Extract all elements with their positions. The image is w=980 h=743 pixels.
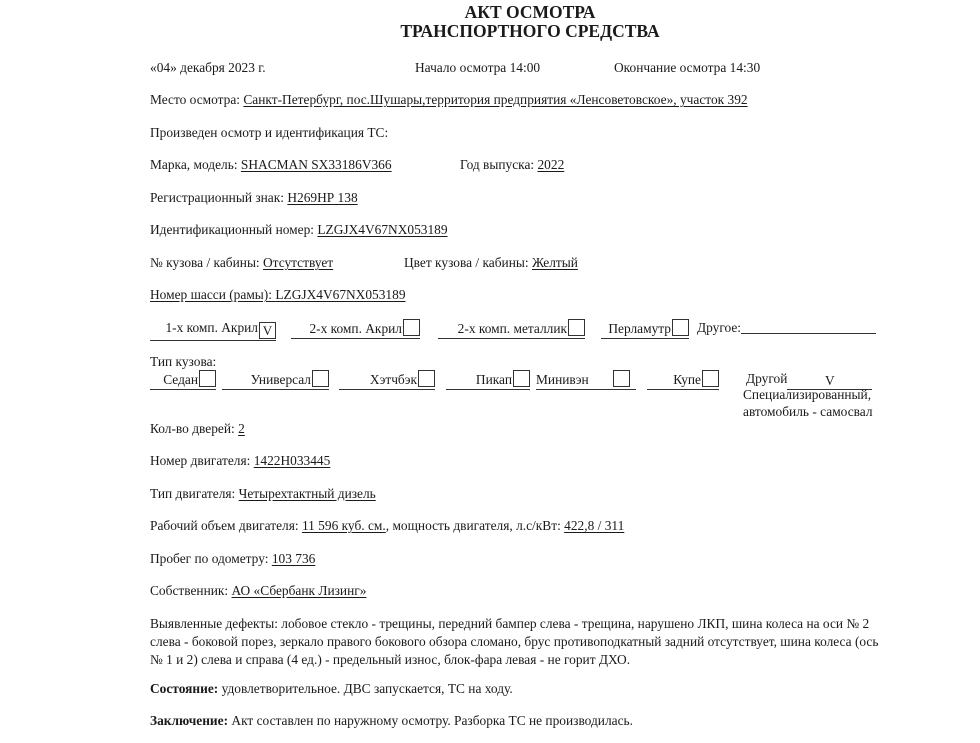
- body-type-wagon: Универсал: [222, 370, 329, 390]
- body-type-option-label: Минивэн: [536, 371, 612, 388]
- make-model: Марка, модель: SHACMAN SX33186V366: [150, 157, 392, 173]
- end-time: 14:30: [730, 60, 761, 75]
- vin-value: LZGJX4V67NX053189: [317, 222, 447, 237]
- engine-volume-power: Рабочий объем двигателя: 11 596 куб. см.…: [150, 518, 624, 534]
- chassis-value: LZGJX4V67NX053189: [275, 287, 405, 302]
- body-number: № кузова / кабины: Отсутствует: [150, 255, 333, 271]
- body-type-option-label: Пикап: [476, 371, 512, 388]
- inspection-place: Место осмотра: Санкт-Петербург, пос.Шуша…: [150, 92, 748, 108]
- engine-power-value: 422,8 / 311: [564, 518, 624, 533]
- doors-label: Кол-во дверей:: [150, 421, 235, 436]
- owner-label: Собственник:: [150, 583, 228, 598]
- make-model-value: SHACMAN SX33186V366: [241, 157, 392, 172]
- engine-type: Тип двигателя: Четырехтактный дизель: [150, 486, 376, 502]
- conclusion-text: Акт составлен по наружному осмотру. Разб…: [231, 713, 633, 728]
- year: Год выпуска: 2022: [460, 157, 564, 173]
- body-color-label: Цвет кузова / кабины:: [404, 255, 529, 270]
- body-type-checkbox[interactable]: [613, 370, 630, 387]
- paint-other-field[interactable]: [741, 333, 876, 334]
- mileage-label: Пробег по одометру:: [150, 551, 268, 566]
- end-label: Окончание осмотра: [614, 60, 726, 75]
- paint-option-label: Перламутр: [608, 320, 671, 337]
- start-label: Начало осмотра: [415, 60, 506, 75]
- body-type-other-label: Другой: [746, 371, 787, 386]
- body-type-other-value-line1: Специализированный,: [743, 387, 871, 403]
- body-type-option-label: Хэтчбэк: [370, 371, 417, 388]
- condition-label: Состояние:: [150, 681, 218, 696]
- engine-number-label: Номер двигателя:: [150, 453, 250, 468]
- body-type-option-label: Купе: [673, 371, 701, 388]
- inspection-start: Начало осмотра 14:00: [415, 60, 540, 76]
- body-type-checkbox[interactable]: [513, 370, 530, 387]
- inspection-end: Окончание осмотра 14:30: [614, 60, 760, 76]
- paint-option-acryl-1: 1-х комп. АкрилV: [150, 319, 276, 341]
- make-model-label: Марка, модель:: [150, 157, 238, 172]
- body-type-label: Тип кузова:: [150, 354, 216, 370]
- body-type-option-label: Универсал: [251, 371, 311, 388]
- body-type-pickup: Пикап: [446, 370, 530, 390]
- body-type-hatchback: Хэтчбэк: [339, 370, 435, 390]
- reg-plate: Регистрационный знак: Н269НР 138: [150, 190, 358, 206]
- engine-number-value: 1422H033445: [254, 453, 331, 468]
- paint-other-label: Другое:: [697, 320, 741, 335]
- body-type-checkbox[interactable]: [312, 370, 329, 387]
- chassis-label: Номер шасси (рамы):: [150, 287, 272, 302]
- mileage-value: 103 736: [272, 551, 316, 566]
- paint-option-acryl-2: 2-х комп. Акрил: [291, 319, 420, 339]
- engine-power-label: мощность двигателя, л.с/кВт:: [392, 518, 560, 533]
- defects: Выявленные дефекты: лобовое стекло - тре…: [150, 615, 885, 669]
- paint-checkbox[interactable]: [403, 319, 420, 336]
- body-number-label: № кузова / кабины:: [150, 255, 260, 270]
- year-label: Год выпуска:: [460, 157, 534, 172]
- engine-number: Номер двигателя: 1422H033445: [150, 453, 330, 469]
- body-type-checkbox[interactable]: [702, 370, 719, 387]
- document-title-line1: АКТ ОСМОТРА: [0, 2, 980, 22]
- engine-volume-value: 11 596 куб. см.: [302, 518, 386, 533]
- year-value: 2022: [537, 157, 564, 172]
- vin-label: Идентификационный номер:: [150, 222, 314, 237]
- body-number-value: Отсутствует: [263, 255, 333, 270]
- paint-option-metallic-2: 2-х комп. металлик: [438, 319, 585, 339]
- paint-checkbox[interactable]: V: [259, 322, 276, 339]
- paint-checkbox[interactable]: [672, 319, 689, 336]
- start-time: 14:00: [510, 60, 541, 75]
- body-color: Цвет кузова / кабины: Желтый: [404, 255, 578, 271]
- body-color-value: Желтый: [532, 255, 578, 270]
- intro-text: Произведен осмотр и идентификация ТС:: [150, 125, 388, 141]
- owner: Собственник: АО «Сбербанк Лизинг»: [150, 583, 366, 599]
- paint-option-label: 1-х комп. Акрил: [165, 319, 258, 336]
- owner-value: АО «Сбербанк Лизинг»: [232, 583, 367, 598]
- condition: Состояние: удовлетворительное. ДВС запус…: [150, 681, 513, 697]
- paint-option-label: 2-х комп. металлик: [458, 320, 567, 337]
- conclusion: Заключение: Акт составлен по наружному о…: [150, 713, 633, 729]
- paint-option-pearl: Перламутр: [601, 319, 689, 339]
- doors: Кол-во дверей: 2: [150, 421, 245, 437]
- body-type-option-label: Седан: [163, 371, 198, 388]
- paint-option-label: 2-х комп. Акрил: [309, 320, 402, 337]
- vin: Идентификационный номер: LZGJX4V67NX0531…: [150, 222, 448, 238]
- condition-text: удовлетворительное. ДВС запускается, ТС …: [222, 681, 513, 696]
- body-type-checkbox[interactable]: [418, 370, 435, 387]
- paint-other: Другое:: [697, 320, 876, 336]
- body-type-checkbox[interactable]: [199, 370, 216, 387]
- doors-value: 2: [238, 421, 245, 436]
- engine-type-value: Четырехтактный дизель: [239, 486, 376, 501]
- defects-label: Выявленные дефекты:: [150, 616, 278, 631]
- body-type-minivan: Минивэн: [536, 370, 636, 390]
- paint-checkbox[interactable]: [568, 319, 585, 336]
- chassis: Номер шасси (рамы): LZGJX4V67NX053189: [150, 287, 406, 303]
- place-value: Санкт-Петербург, пос.Шушары,территория п…: [243, 92, 747, 107]
- reg-plate-label: Регистрационный знак:: [150, 190, 284, 205]
- reg-plate-value: Н269НР 138: [287, 190, 357, 205]
- body-type-coupe: Купе: [647, 370, 719, 390]
- mileage: Пробег по одометру: 103 736: [150, 551, 315, 567]
- body-type-sedan: Седан: [150, 370, 216, 390]
- engine-type-label: Тип двигателя:: [150, 486, 235, 501]
- document-title-line2: ТРАНСПОРТНОГО СРЕДСТВА: [0, 21, 980, 41]
- conclusion-label: Заключение:: [150, 713, 228, 728]
- engine-volume-label: Рабочий объем двигателя:: [150, 518, 299, 533]
- place-label: Место осмотра:: [150, 92, 240, 107]
- inspection-date: «04» декабря 2023 г.: [150, 60, 266, 76]
- body-type-other-value-line2: автомобиль - самосвал: [743, 404, 873, 420]
